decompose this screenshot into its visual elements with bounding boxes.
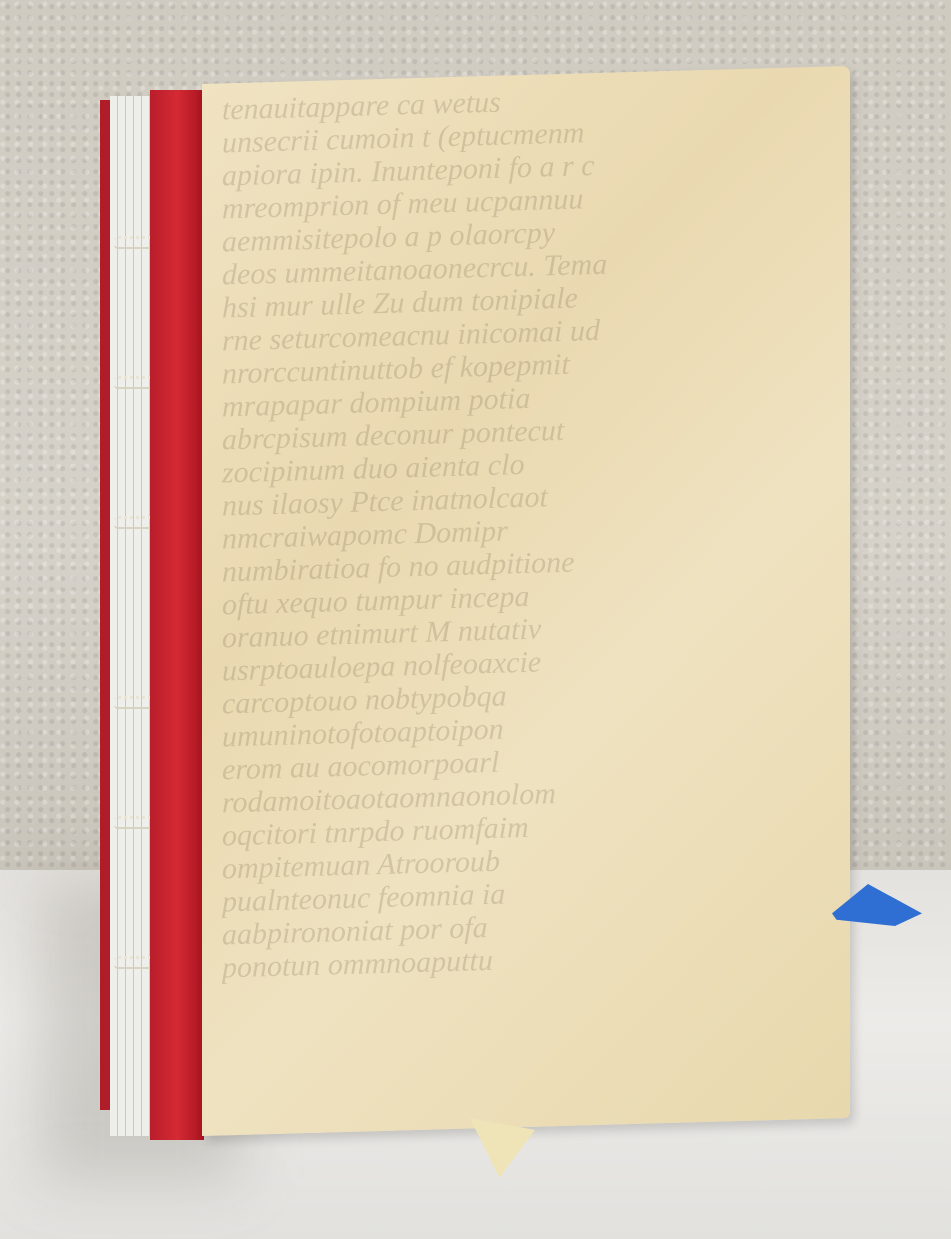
handbound-book: tenauitappare ca wetus unsecrii cumoin t… xyxy=(100,84,850,1144)
parchment-cover: tenauitappare ca wetus unsecrii cumoin t… xyxy=(202,66,850,1136)
red-leather-spine xyxy=(150,90,204,1140)
text-block-signatures xyxy=(110,96,154,1136)
cover-manuscript-text: tenauitappare ca wetus unsecrii cumoin t… xyxy=(222,76,840,984)
